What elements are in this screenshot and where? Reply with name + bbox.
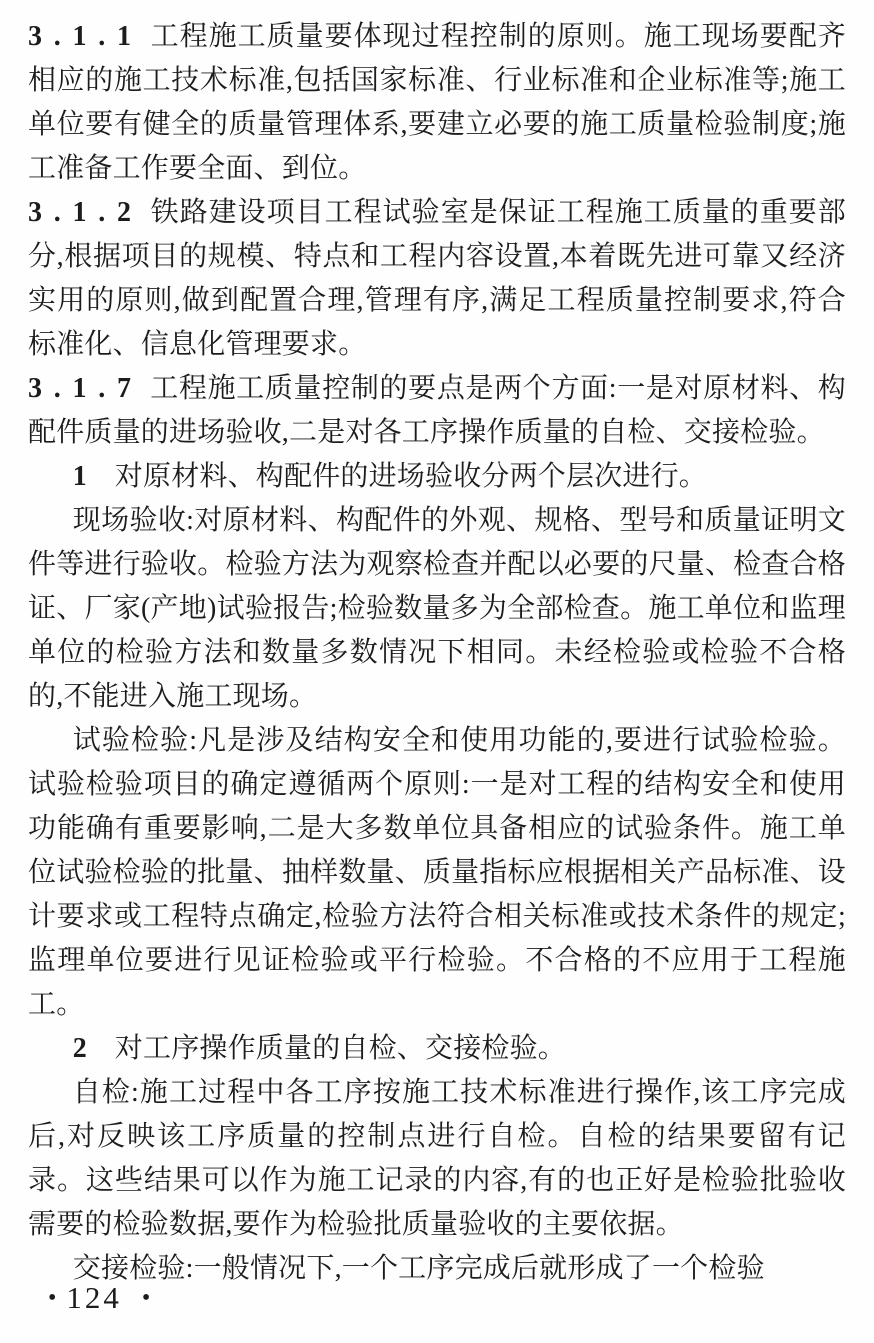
paragraph-text: 现场验收:对原材料、构配件的外观、规格、型号和质量证明文件等进行验收。检验方法为… xyxy=(28,505,846,712)
paragraph-handover-inspection: 交接检验:一般情况下,一个工序完成后就形成了一个检验 xyxy=(28,1247,846,1291)
paragraph-section-3-1-2: 3.1.2铁路建设项目工程试验室是保证工程施工质量的重要部分,根据项目的规模、特… xyxy=(28,191,846,367)
paragraph-test-inspection: 试验检验:凡是涉及结构安全和使用功能的,要进行试验检验。试验检验项目的确定遵循两… xyxy=(28,719,846,1027)
item-number-2: 2 xyxy=(73,1033,87,1064)
paragraph-site-acceptance: 现场验收:对原材料、构配件的外观、规格、型号和质量证明文件等进行验收。检验方法为… xyxy=(28,499,846,719)
section-text-3-1-1: 工程施工质量要体现过程控制的原则。施工现场要配齐相应的施工技术标准,包括国家标准… xyxy=(28,21,846,184)
page-number: 124 xyxy=(66,1281,122,1315)
paragraph-self-check: 自检:施工过程中各工序按施工技术标准进行操作,该工序完成后,对反映该工序质量的控… xyxy=(28,1071,846,1247)
section-number-3-1-7: 3.1.7 xyxy=(28,373,143,404)
item-text-1: 对原材料、构配件的进场验收分两个层次进行。 xyxy=(115,461,707,492)
paragraph-text: 试验检验:凡是涉及结构安全和使用功能的,要进行试验检验。试验检验项目的确定遵循两… xyxy=(28,725,846,1020)
paragraph-section-3-1-1: 3.1.1工程施工质量要体现过程控制的原则。施工现场要配齐相应的施工技术标准,包… xyxy=(28,15,846,191)
document-page: 3.1.1工程施工质量要体现过程控制的原则。施工现场要配齐相应的施工技术标准,包… xyxy=(0,0,874,1343)
paragraph-section-3-1-7: 3.1.7工程施工质量控制的要点是两个方面:一是对原材料、构配件质量的进场验收,… xyxy=(28,367,846,455)
paragraph-text: 交接检验:一般情况下,一个工序完成后就形成了一个检验 xyxy=(73,1253,765,1284)
paragraph-item-1: 1对原材料、构配件的进场验收分两个层次进行。 xyxy=(28,455,846,499)
section-number-3-1-2: 3.1.2 xyxy=(28,197,143,228)
footer-dot-left: • xyxy=(48,1283,56,1313)
footer-dot-right: • xyxy=(142,1283,150,1313)
paragraph-item-2: 2对工序操作质量的自检、交接检验。 xyxy=(28,1027,846,1071)
page-footer: • 124 • xyxy=(48,1281,150,1315)
paragraph-text: 自检:施工过程中各工序按施工技术标准进行操作,该工序完成后,对反映该工序质量的控… xyxy=(28,1077,846,1240)
section-text-3-1-2: 铁路建设项目工程试验室是保证工程施工质量的重要部分,根据项目的规模、特点和工程内… xyxy=(28,197,846,360)
item-number-1: 1 xyxy=(73,461,87,492)
section-text-3-1-7: 工程施工质量控制的要点是两个方面:一是对原材料、构配件质量的进场验收,二是对各工… xyxy=(28,373,846,448)
section-number-3-1-1: 3.1.1 xyxy=(28,21,143,52)
item-text-2: 对工序操作质量的自检、交接检验。 xyxy=(115,1033,566,1064)
